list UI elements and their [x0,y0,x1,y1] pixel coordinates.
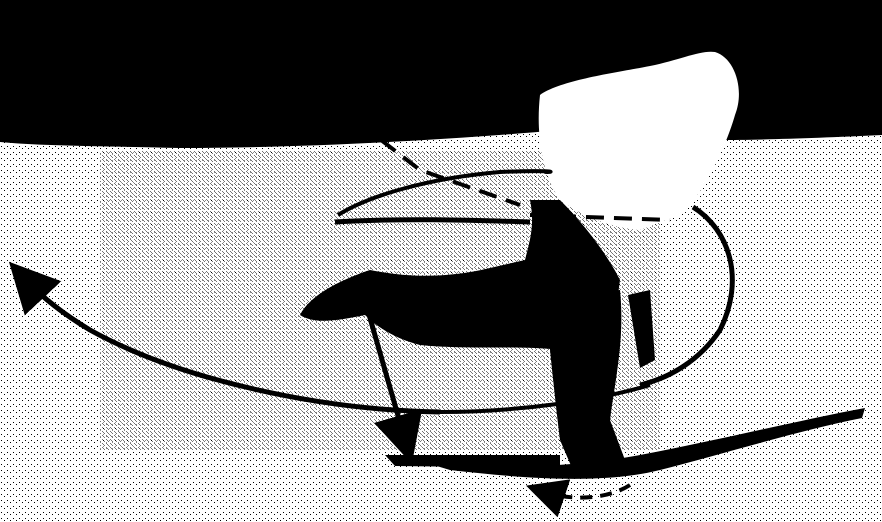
upper-arc-base [335,220,530,222]
back-wall [0,0,882,148]
floor-shadow-left [385,455,560,468]
photo-canvas [0,0,882,522]
photo-scene: Person in light clothing performing a sp… [0,0,882,522]
